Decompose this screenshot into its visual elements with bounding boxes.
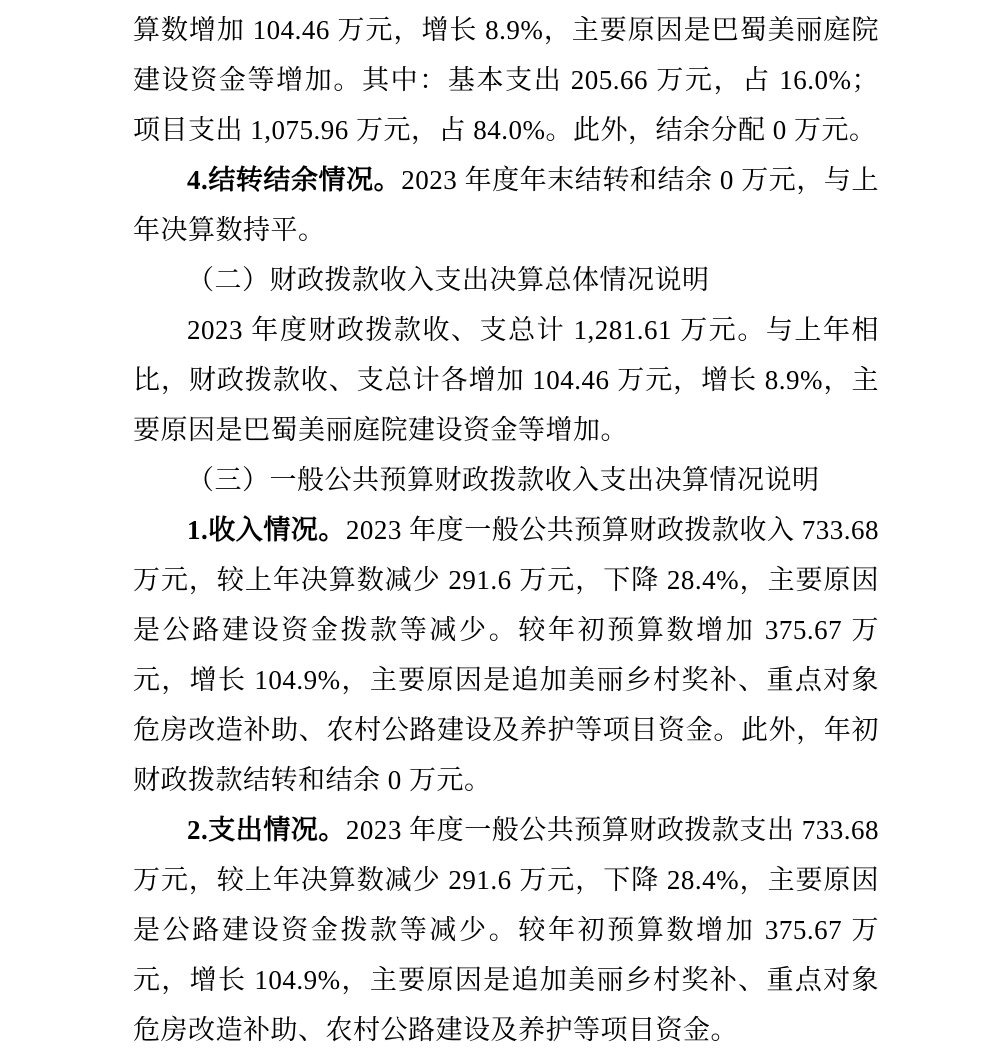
heading-text: （二）财政拨款收入支出决算总体情况说明 [187,265,710,295]
paragraph-bold-lead: 1.收入情况。 [187,515,346,545]
document-page: 算数增加 104.46 万元，增长 8.9%，主要原因是巴蜀美丽庭院建设资金等增… [133,5,879,1055]
paragraph-expenditure-comparison: 算数增加 104.46 万元，增长 8.9%，主要原因是巴蜀美丽庭院建设资金等增… [133,5,879,155]
section-heading-general-public-budget: （三）一般公共预算财政拨款收入支出决算情况说明 [133,455,879,505]
heading-text: （三）一般公共预算财政拨款收入支出决算情况说明 [187,465,820,495]
paragraph-text: 2023 年度一般公共预算财政拨款收入 733.68 万元，较上年决算数减少 2… [133,515,879,795]
paragraph-fiscal-appropriation-total: 2023 年度财政拨款收、支总计 1,281.61 万元。与上年相比，财政拨款收… [133,305,879,455]
paragraph-expenditure-situation: 2.支出情况。2023 年度一般公共预算财政拨款支出 733.68 万元，较上年… [133,805,879,1055]
paragraph-text: 2023 年度一般公共预算财政拨款支出 733.68 万元，较上年决算数减少 2… [133,815,879,1045]
section-heading-fiscal-appropriation-overview: （二）财政拨款收入支出决算总体情况说明 [133,255,879,305]
paragraph-bold-lead: 2.支出情况。 [187,815,346,845]
paragraph-income-situation: 1.收入情况。2023 年度一般公共预算财政拨款收入 733.68 万元，较上年… [133,505,879,805]
paragraph-text: 2023 年度财政拨款收、支总计 1,281.61 万元。与上年相比，财政拨款收… [133,315,879,445]
paragraph-text: 算数增加 104.46 万元，增长 8.9%，主要原因是巴蜀美丽庭院建设资金等增… [133,15,879,145]
paragraph-carryover-balance: 4.结转结余情况。2023 年度年末结转和结余 0 万元，与上年决算数持平。 [133,155,879,255]
paragraph-bold-lead: 4.结转结余情况。 [187,165,401,195]
